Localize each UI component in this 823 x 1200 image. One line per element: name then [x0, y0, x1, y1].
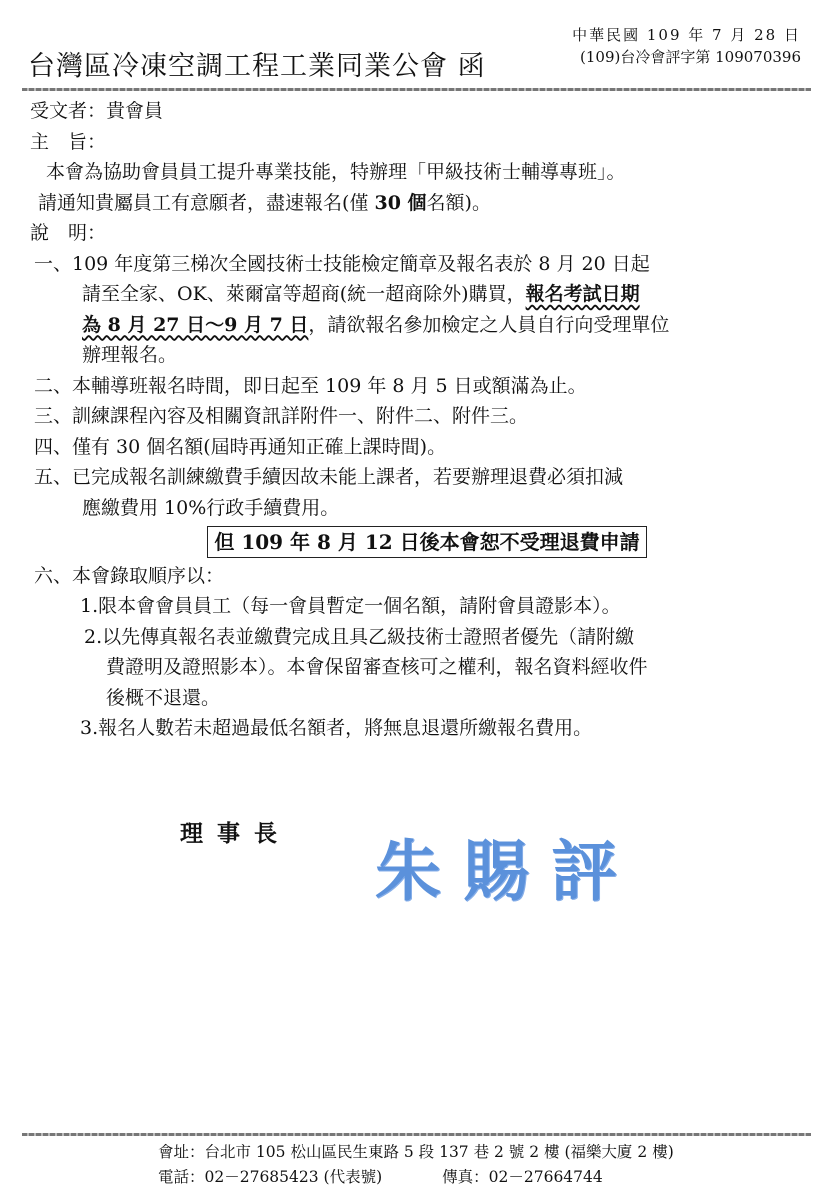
- refund-notice-box: 但 109 年 8 月 12 日後本會恕不受理退費申請: [207, 526, 646, 558]
- refund-notice-wrap: 但 109 年 8 月 12 日後本會恕不受理退費申請: [30, 526, 810, 559]
- item-3: 三、訓練課程內容及相關資訊詳附件一、附件二、附件三。: [30, 401, 810, 432]
- item-text: 請至全家、OK、萊爾富等超商(統一超商除外)購買，: [82, 283, 526, 305]
- item-2: 二、本輔導班報名時間，即日起至 109 年 8 月 5 日或額滿為止。: [30, 371, 810, 402]
- subject-text-line1: 本會為協助會員員工提升專業技能，特辦理「甲級技術士輔導專班」。: [30, 157, 810, 188]
- footer-fax: 傳真：02－27664744: [442, 1168, 603, 1186]
- item-1-line3: 為 8 月 27 日～9 月 7 日，請欲報名參加檢定之人員自行向受理單位: [30, 310, 810, 341]
- document-number: (109)台冷會評字第 109070396: [572, 46, 801, 68]
- item-6-sub2-line2: 費證明及證照影本）。本會保留審查核可之權利，報名資料經收件: [30, 652, 810, 683]
- footer-address: 會址：台北市 105 松山區民生東路 5 段 137 巷 2 號 2 樓 (福樂…: [158, 1140, 674, 1165]
- subject-text: 請通知貴屬員工有意願者，盡速報名(僅: [38, 192, 374, 214]
- signer-title: 理事長: [180, 815, 291, 848]
- document-date: 中華民國 109 年 7 月 28 日: [572, 24, 801, 46]
- item-6-sub2-line3: 後概不退還。: [30, 683, 810, 714]
- subject-text-line2: 請通知貴屬員工有意願者，盡速報名(僅 30 個名額)。: [30, 188, 810, 219]
- item-1-line1: 一、109 年度第三梯次全國技術士技能檢定簡章及報名表於 8 月 20 日起: [30, 249, 810, 280]
- footer-contact: 電話：02－27685423 (代表號)傳真：02－27664744: [158, 1165, 674, 1190]
- item-1-line4: 辦理報名。: [30, 340, 810, 371]
- header-divider: [22, 88, 811, 91]
- footer-phone: 電話：02－27685423 (代表號): [158, 1168, 382, 1186]
- letter-body: 受文者：貴會員 主 旨： 本會為協助會員員工提升專業技能，特辦理「甲級技術士輔導…: [30, 96, 810, 744]
- item-text: ，請欲報名參加檢定之人員自行向受理單位: [308, 314, 669, 336]
- item-4: 四、僅有 30 個名額(屆時再通知正確上課時間)。: [30, 432, 810, 463]
- item-5-line1: 五、已完成報名訓練繳費手續因故未能上課者，若要辦理退費必須扣減: [30, 462, 810, 493]
- item-6-sub1: 1.限本會會員員工（每一會員暫定一個名額，請附會員證影本）。: [30, 591, 810, 622]
- recipient: 受文者：貴會員: [30, 96, 810, 127]
- item-5-line2: 應繳費用 10%行政手續費用。: [30, 493, 810, 524]
- letterhead-title: 台灣區冷凍空調工程工業同業公會 函: [28, 44, 486, 83]
- item-6-sub3: 3.報名人數若未超過最低名額者，將無息退還所繳報名費用。: [30, 713, 810, 744]
- exam-date-emphasis: 報名考試日期: [526, 283, 640, 305]
- exam-date-range: 為 8 月 27 日～9 月 7 日: [82, 314, 308, 336]
- document-meta: 中華民國 109 年 7 月 28 日 (109)台冷會評字第 10907039…: [572, 24, 801, 68]
- subject-text: 名額)。: [427, 192, 491, 214]
- explanation-label: 說 明：: [30, 218, 810, 249]
- item-6-sub2-line1: 2.以先傳真報名表並繳費完成且具乙級技術士證照者優先（請附繳: [30, 622, 810, 653]
- footer: 會址：台北市 105 松山區民生東路 5 段 137 巷 2 號 2 樓 (福樂…: [158, 1140, 674, 1190]
- subject-label: 主 旨：: [30, 127, 810, 158]
- quota-emphasis: 30 個: [374, 192, 426, 214]
- signature-stamp: 朱賜評: [375, 818, 639, 913]
- item-6-line1: 六、本會錄取順序以：: [30, 561, 810, 592]
- footer-divider: [22, 1133, 811, 1136]
- item-1-line2: 請至全家、OK、萊爾富等超商(統一超商除外)購買，報名考試日期: [30, 279, 810, 310]
